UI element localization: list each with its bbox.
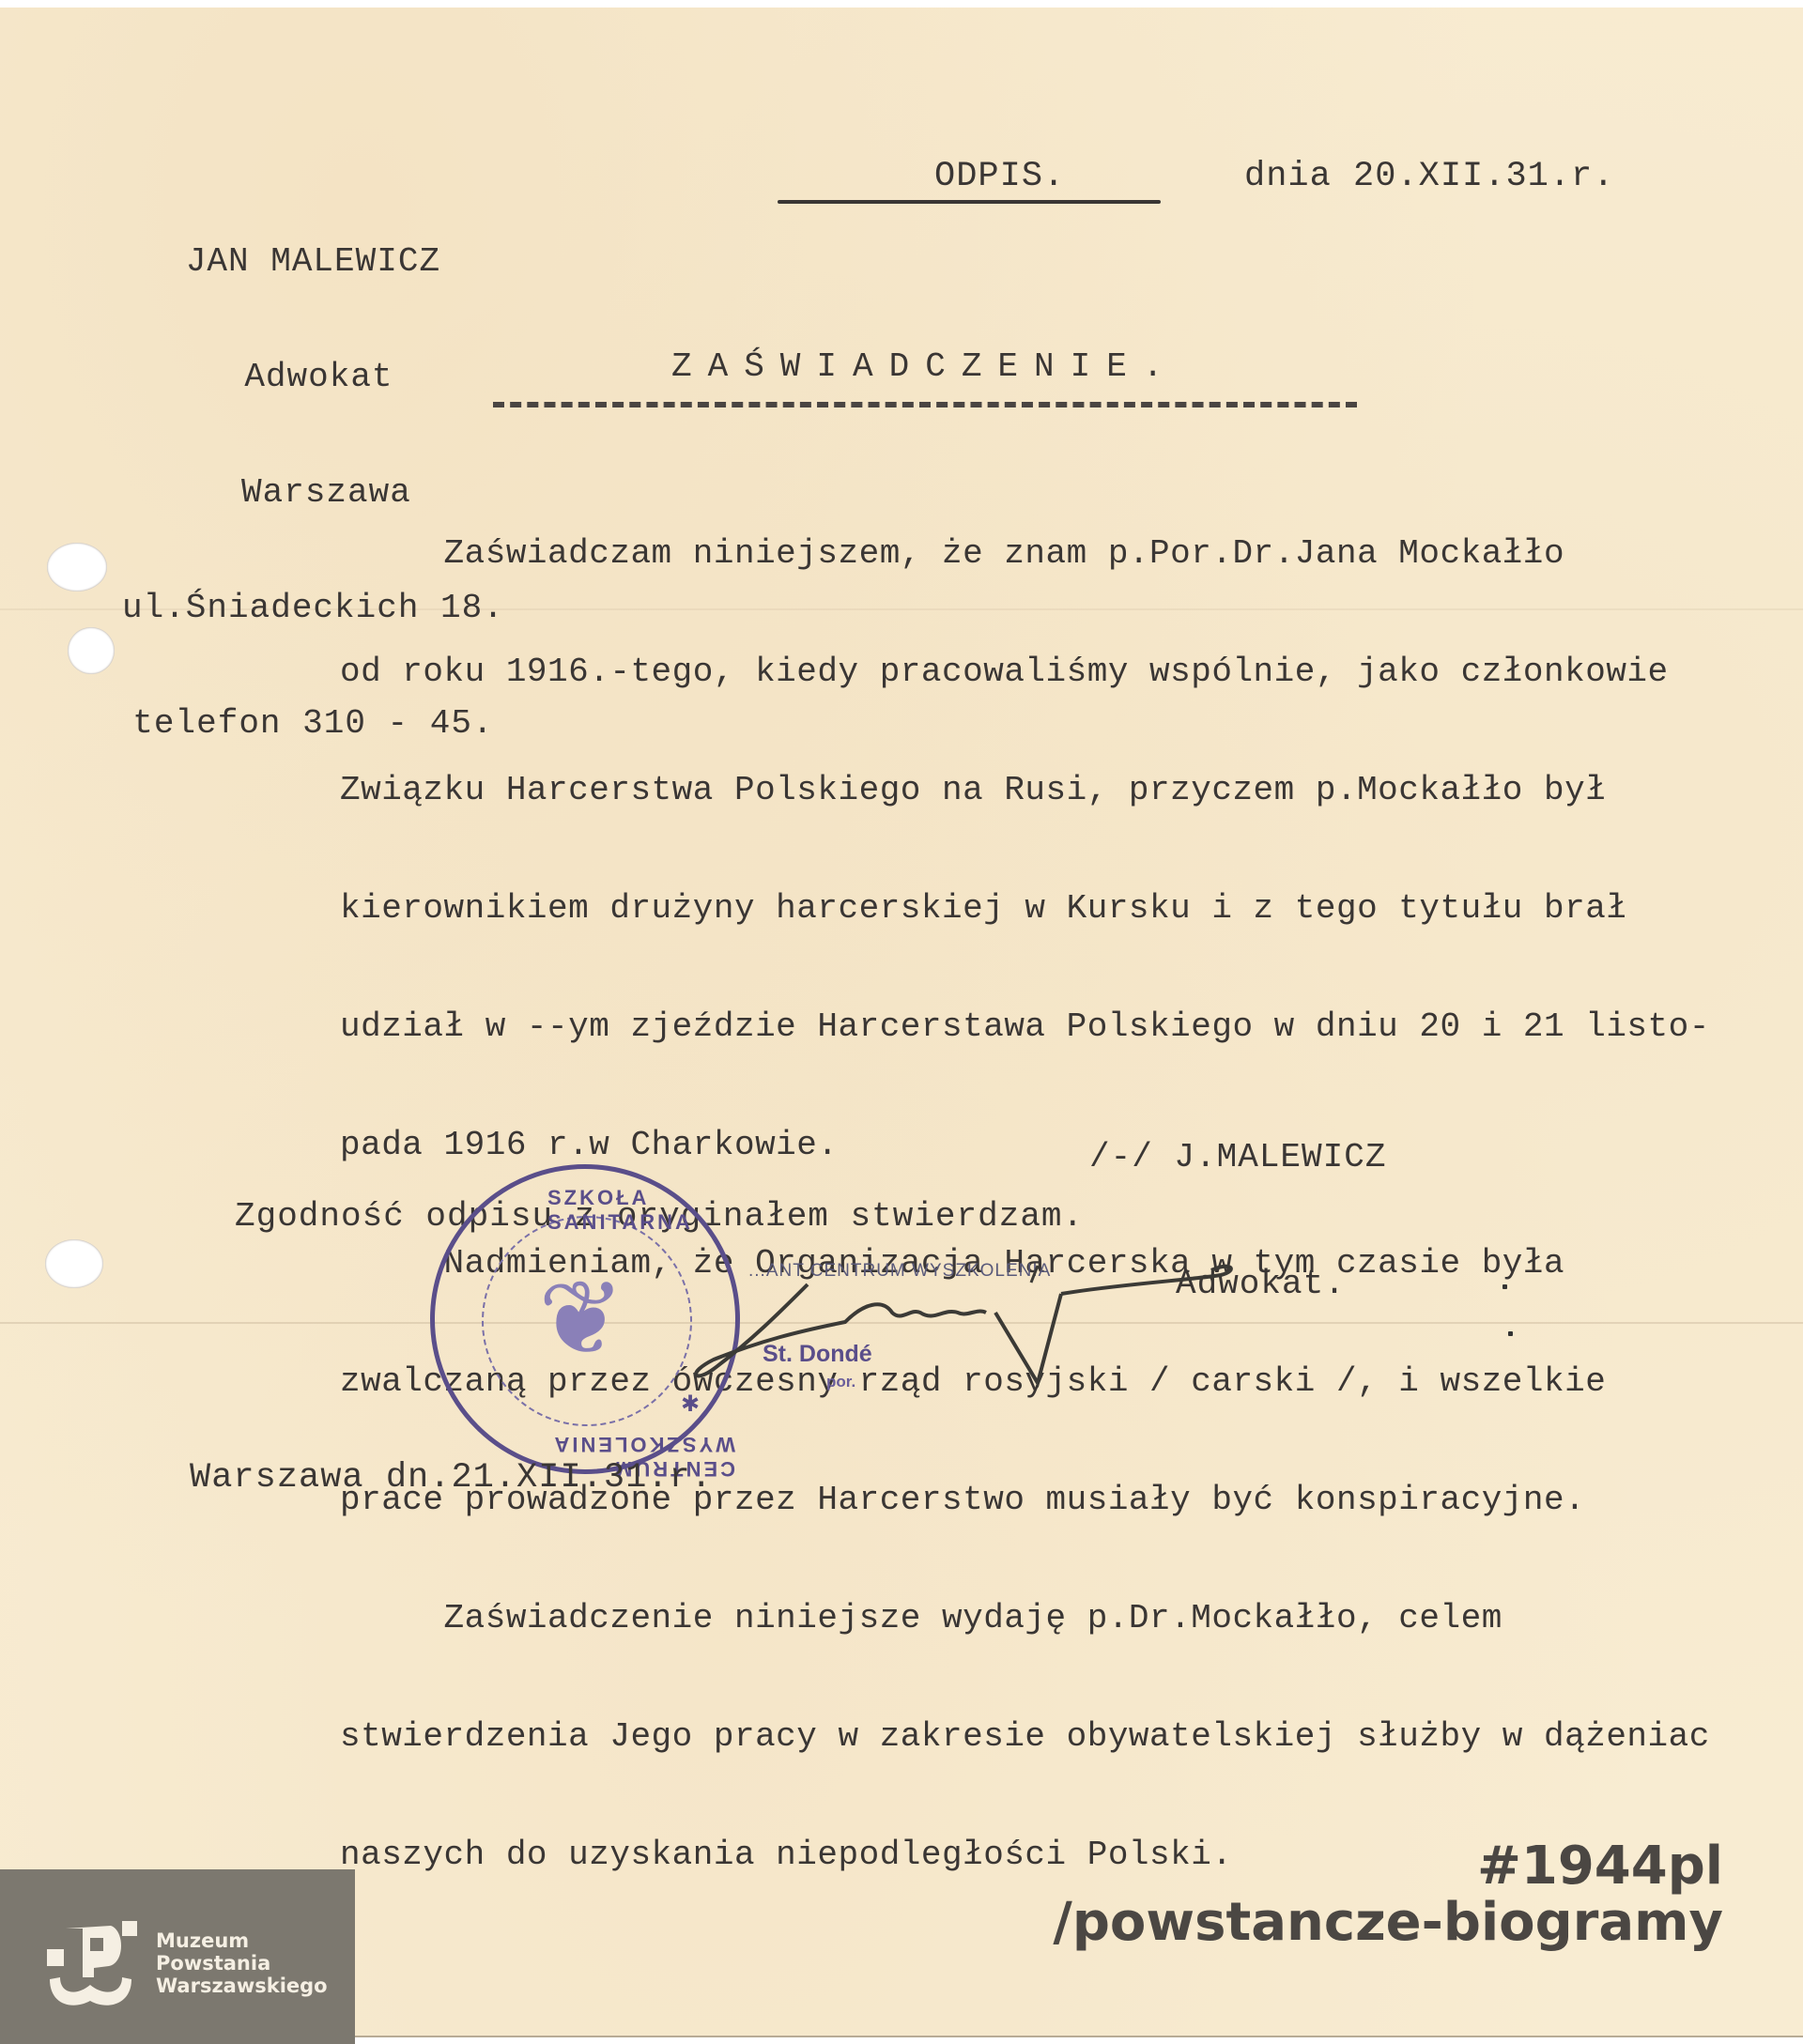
body-line: pada 1916 r.w Charkowie. <box>340 1126 1710 1165</box>
document-paper: JAN MALEWICZ Adwokat Warszawa ul.Śniadec… <box>0 8 1803 2037</box>
body-line: od roku 1916.-tego, kiedy pracowaliśmy w… <box>340 653 1710 692</box>
body-line: Związku Harcerstwa Polskiego na Rusi, pr… <box>340 771 1710 810</box>
copy-label-underline <box>778 200 1161 204</box>
ink-speck <box>1502 1284 1507 1289</box>
handwritten-signature <box>676 1256 1240 1388</box>
signature-name: /-/ J.MALEWICZ <box>1089 1136 1386 1178</box>
document-title: ZAŚWIADCZENIE. <box>671 350 1179 384</box>
document-date: dnia 20.XII.31.r. <box>1244 160 1614 194</box>
eagle-emblem-icon: ❦ <box>538 1258 624 1378</box>
official-rank: por. <box>826 1373 855 1391</box>
stamp-text-top: SZKOŁA SANITARNA <box>547 1186 735 1235</box>
museum-name-line: Muzeum <box>156 1929 328 1952</box>
stamp-star-icon: ✱ <box>681 1391 700 1418</box>
title-underline <box>493 402 1357 407</box>
copy-label: ODPIS. <box>934 160 1065 194</box>
letterhead-name: JAN MALEWICZ <box>122 242 504 281</box>
museum-name-line: Powstania <box>156 1952 328 1975</box>
hashtag-text: #1944pl <box>1053 1838 1723 1895</box>
body-line: Zaświadczam niniejszem, że znam p.Por.Dr… <box>340 534 1710 574</box>
body-line: stwierdzenia Jego pracy w zakresie obywa… <box>340 1717 1710 1757</box>
punch-hole <box>45 1239 103 1288</box>
punch-hole <box>47 543 107 592</box>
letterhead-profession: Adwokat <box>122 358 504 396</box>
kotwica-anchor-icon <box>45 1912 139 2015</box>
museum-logo-box: Muzeum Powstania Warszawskiego <box>0 1869 355 2044</box>
certification-date: Warszawa dn.21.XII.31.r. <box>190 1461 713 1496</box>
punch-hole <box>68 627 115 674</box>
body-line: Zaświadczenie niniejsze wydaję p.Dr.Mock… <box>340 1599 1710 1638</box>
ink-speck <box>1508 1331 1513 1336</box>
museum-name-line: Warszawskiego <box>156 1975 328 1997</box>
watermark-hashtag: #1944pl /powstancze-biogramy <box>1053 1838 1723 1951</box>
body-line: udział w --ym zjeździe Harcerstawa Polsk… <box>340 1007 1710 1047</box>
museum-name: Muzeum Powstania Warszawskiego <box>156 1929 328 1997</box>
watermark-path: /powstancze-biogramy <box>1053 1895 1723 1951</box>
body-line: kierownikiem drużyny harcerskiej w Kursk… <box>340 889 1710 929</box>
official-name: St. Dondé <box>763 1341 872 1368</box>
